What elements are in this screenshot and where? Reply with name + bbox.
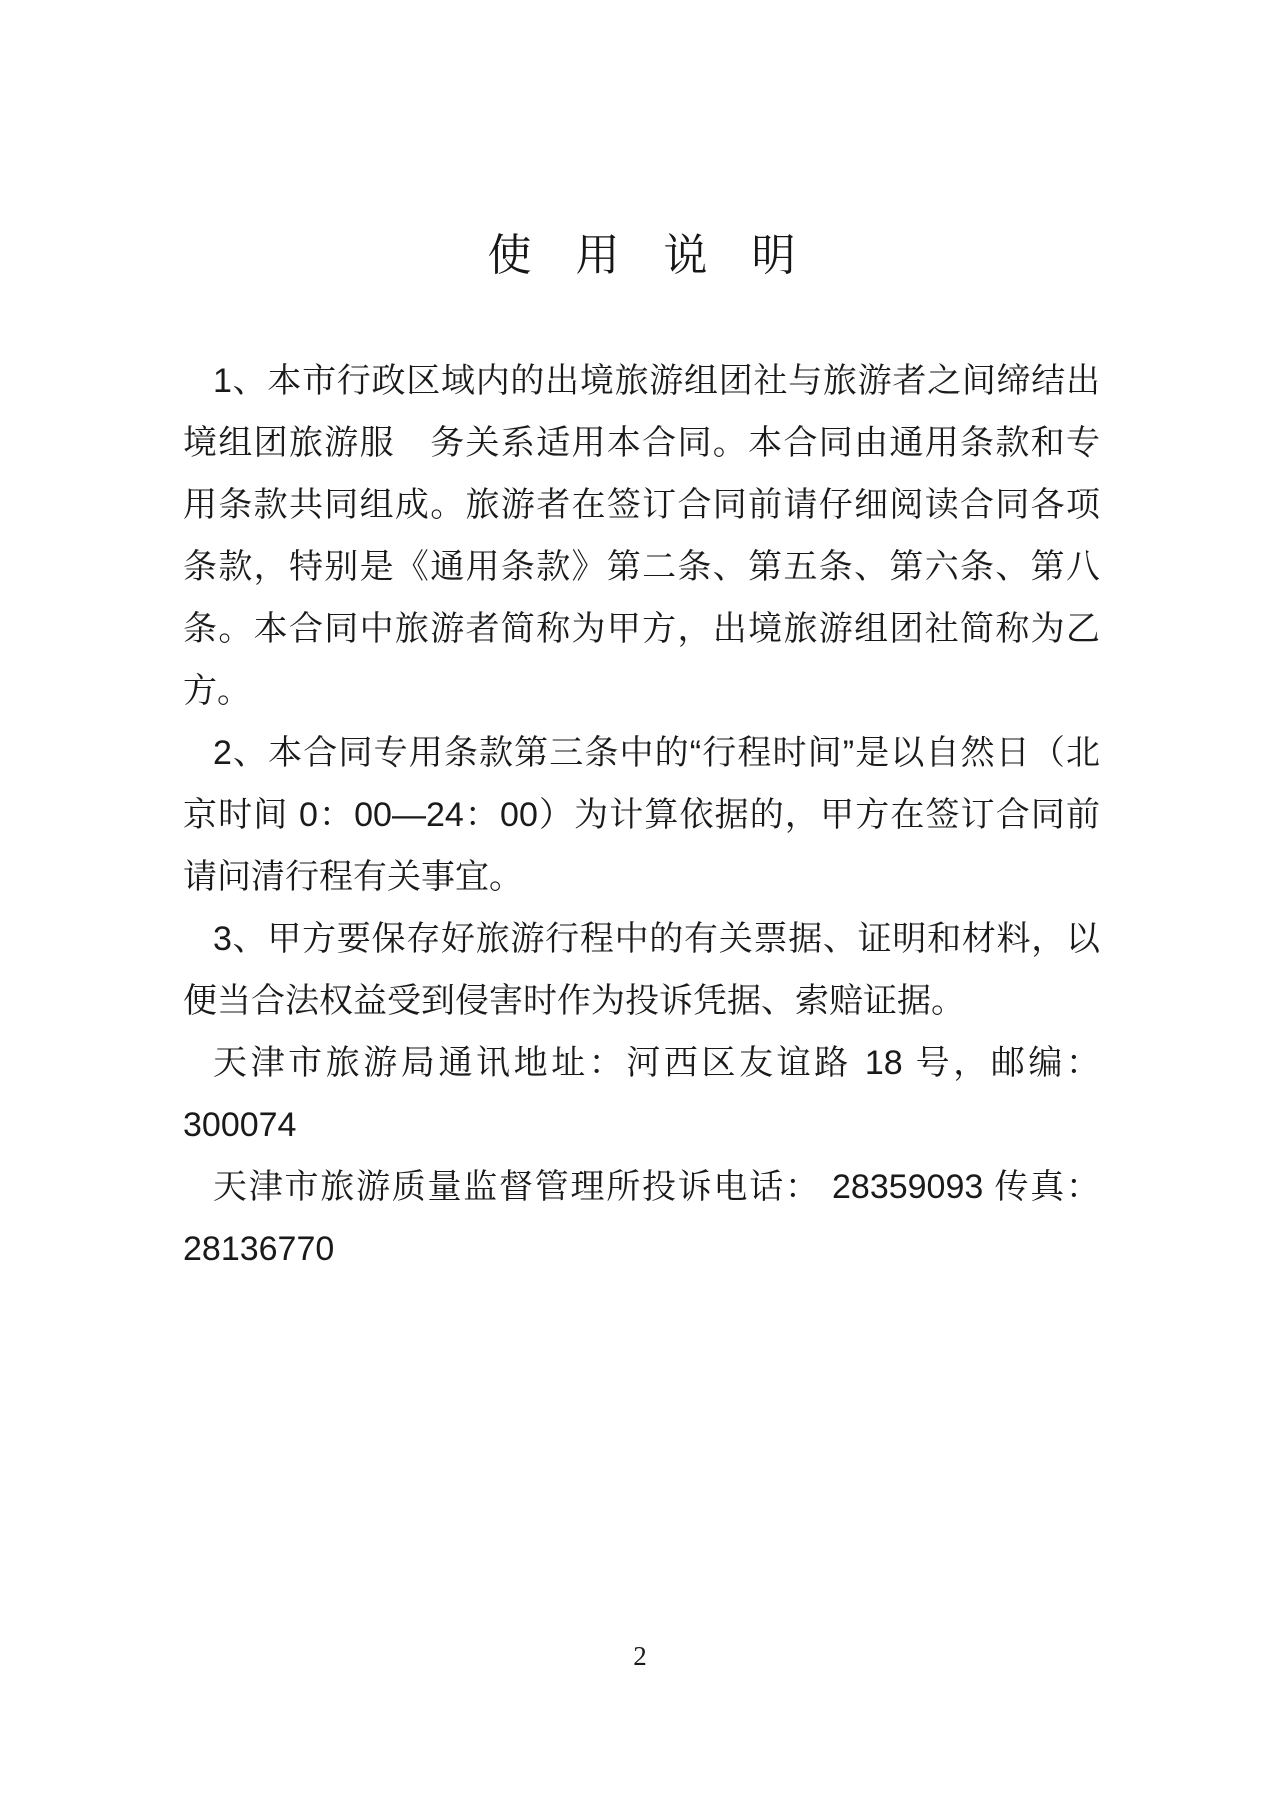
- document-title: 使 用 说 明: [183, 232, 1100, 280]
- paragraph-usage-note-1: 1、本市行政区域内的出境旅游组团社与旅游者之间缔结出境组团旅游服 务关系适用本合…: [183, 350, 1100, 722]
- document-body: 1、本市行政区域内的出境旅游组团社与旅游者之间缔结出境组团旅游服 务关系适用本合…: [183, 350, 1100, 1280]
- paragraph-usage-note-3: 3、甲方要保存好旅游行程中的有关票据、证明和材料，以便当合法权益受到侵害时作为投…: [183, 908, 1100, 1032]
- page-number: 2: [0, 1640, 1280, 1672]
- document-content: 使 用 说 明 1、本市行政区域内的出境旅游组团社与旅游者之间缔结出境组团旅游服…: [183, 232, 1100, 1280]
- paragraph-usage-note-2: 2、本合同专用条款第三条中的“行程时间”是以自然日（北京时间 0：00—24：0…: [183, 722, 1100, 908]
- paragraph-complaint-phone-fax: 天津市旅游质量监督管理所投诉电话： 28359093 传真：28136770: [183, 1156, 1100, 1280]
- document-page: 使 用 说 明 1、本市行政区域内的出境旅游组团社与旅游者之间缔结出境组团旅游服…: [0, 0, 1280, 1809]
- paragraph-bureau-address: 天津市旅游局通讯地址：河西区友谊路 18 号，邮编：300074: [183, 1032, 1100, 1156]
